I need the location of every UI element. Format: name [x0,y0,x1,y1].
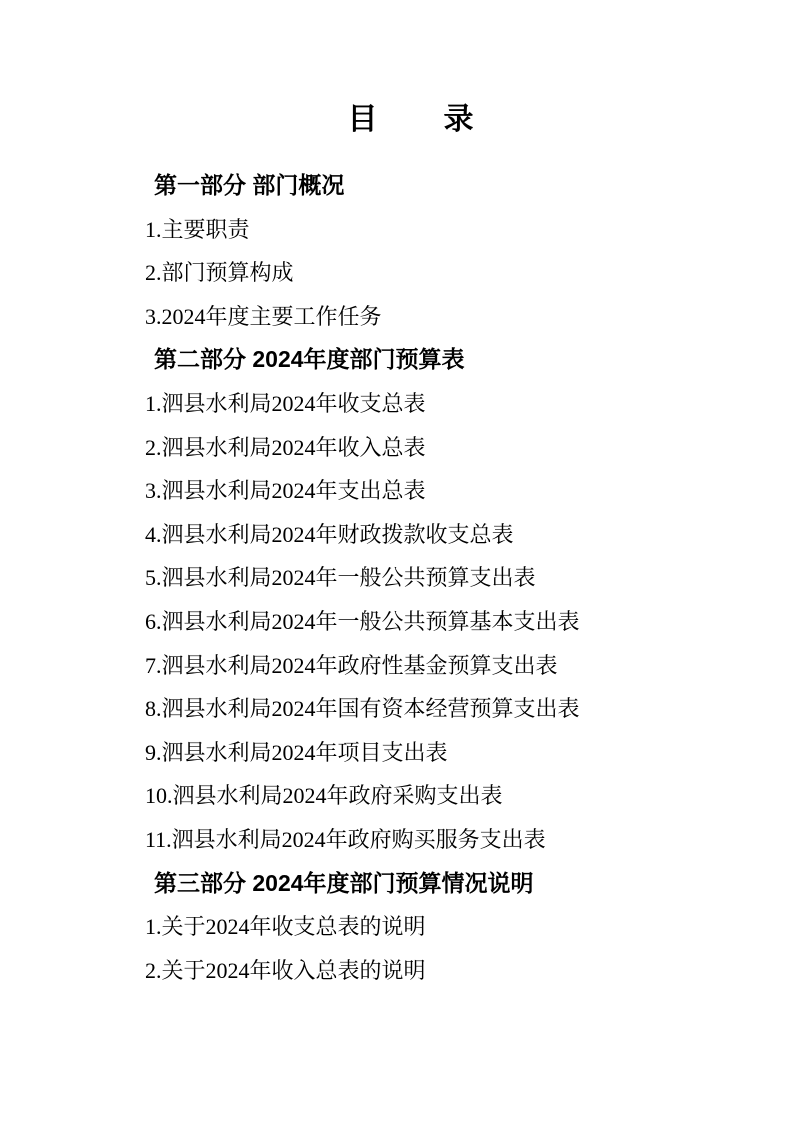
toc-part2-item-8: 8.泗县水利局2024年国有资本经营预算支出表 [145,687,678,731]
toc-part3-item-1: 1.关于2024年收支总表的说明 [145,905,678,949]
table-of-contents: 第一部分 部门概况 1.主要职责 2.部门预算构成 3.2024年度主要工作任务… [145,164,678,992]
toc-part3-item-2: 2.关于2024年收入总表的说明 [145,949,678,993]
toc-page: 目 录 第一部分 部门概况 1.主要职责 2.部门预算构成 3.2024年度主要… [0,0,793,1122]
toc-part2-item-10: 10.泗县水利局2024年政府采购支出表 [145,774,678,818]
toc-part2-heading: 第二部分 2024年度部门预算表 [145,338,678,382]
toc-part2-item-3: 3.泗县水利局2024年支出总表 [145,469,678,513]
toc-part1-heading: 第一部分 部门概况 [145,164,678,208]
page-title: 目 录 [145,98,678,142]
toc-part2-item-5: 5.泗县水利局2024年一般公共预算支出表 [145,556,678,600]
toc-part2-item-2: 2.泗县水利局2024年收入总表 [145,426,678,470]
toc-part1-item-2: 2.部门预算构成 [145,251,678,295]
toc-part2-item-1: 1.泗县水利局2024年收支总表 [145,382,678,426]
toc-part2-item-6: 6.泗县水利局2024年一般公共预算基本支出表 [145,600,678,644]
toc-part1-item-1: 1.主要职责 [145,208,678,252]
toc-part2-item-9: 9.泗县水利局2024年项目支出表 [145,731,678,775]
toc-part1-item-3: 3.2024年度主要工作任务 [145,295,678,339]
toc-part3-heading: 第三部分 2024年度部门预算情况说明 [145,862,678,906]
document-body: { "page": { "title": "目 录" }, "toc": { "… [0,0,793,1122]
toc-part2-item-4: 4.泗县水利局2024年财政拨款收支总表 [145,513,678,557]
toc-part2-item-7: 7.泗县水利局2024年政府性基金预算支出表 [145,644,678,688]
toc-part2-item-11: 11.泗县水利局2024年政府购买服务支出表 [145,818,678,862]
